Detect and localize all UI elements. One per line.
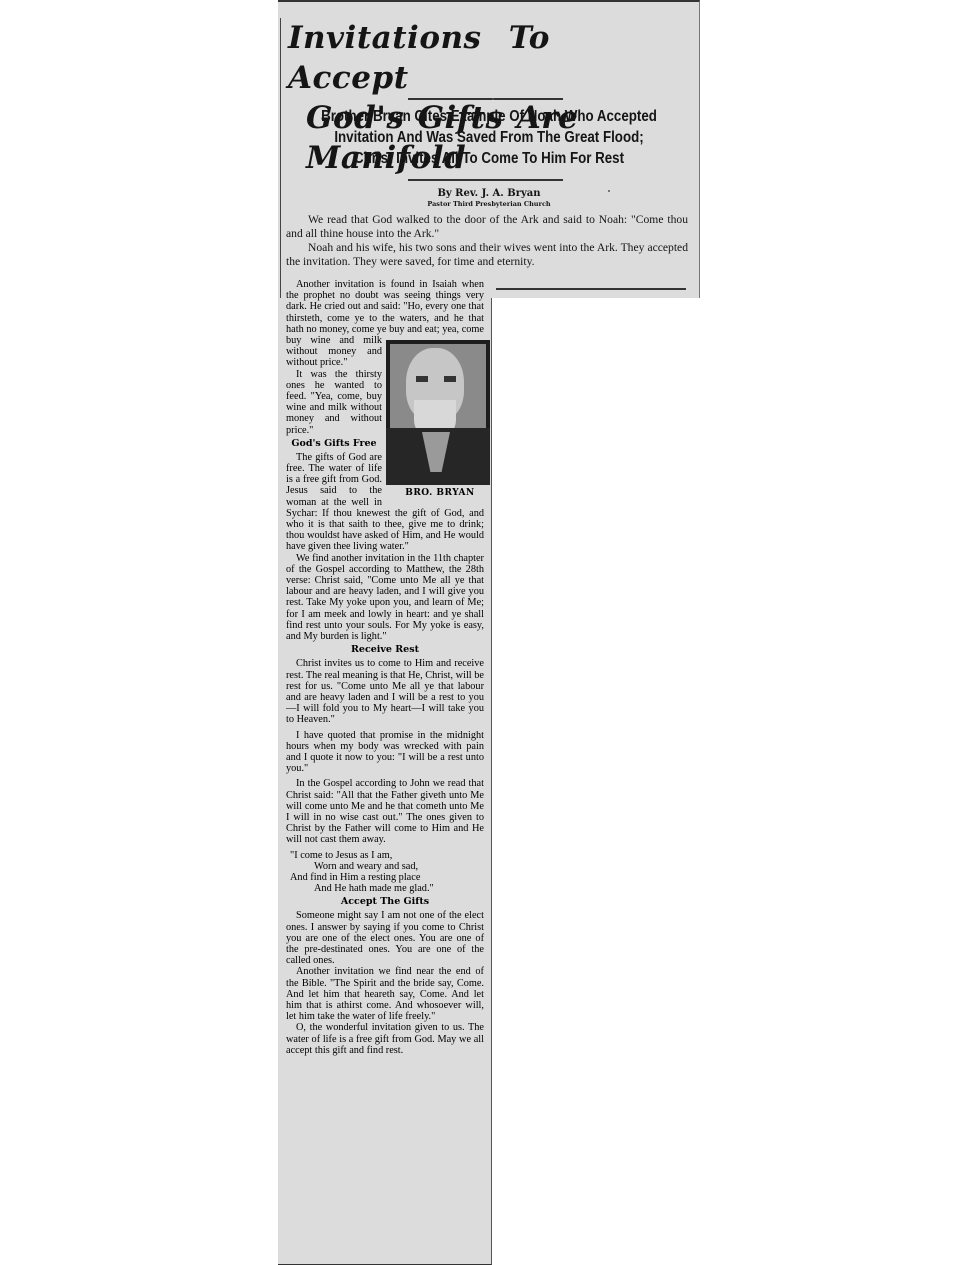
deck-line: Invitation And Was Saved From The Great …	[311, 127, 667, 148]
print-speck	[492, 98, 494, 100]
subhead: Receive Rest	[286, 644, 484, 656]
body-paragraph: It was the thirsty ones he wanted to fee…	[286, 369, 484, 436]
deck-rule	[408, 179, 563, 181]
body-paragraph: We find another invitation in the 11th c…	[286, 553, 484, 643]
body-paragraph: In the Gospel according to John we read …	[286, 778, 484, 845]
lead-text: We read that God walked to the door of t…	[286, 213, 688, 269]
deck-line: Christ Invites All To Come To Him For Re…	[311, 148, 667, 169]
body-paragraph: Another invitation we find near the end …	[286, 966, 484, 1022]
body-paragraph: The gifts of God are free. The water of …	[286, 452, 484, 553]
body-paragraph: Christ invites us to come to Him and rec…	[286, 658, 484, 725]
body-paragraph: I have quoted that promise in the midnig…	[286, 730, 484, 775]
headline-rule	[408, 98, 563, 100]
lead-paragraph: Noah and his wife, his two sons and thei…	[286, 241, 688, 269]
byline: By Rev. J. A. Bryan Pastor Third Presbyt…	[278, 188, 700, 208]
byline-title: Pastor Third Presbyterian Church	[278, 200, 700, 208]
body-paragraph: O, the wonderful invitation given to us.…	[286, 1022, 484, 1056]
lead-paragraph: We read that God walked to the door of t…	[286, 213, 688, 241]
subhead: Accept The Gifts	[286, 896, 484, 908]
verse-line: And He hath made me glad."	[286, 883, 484, 894]
verse-line: Worn and weary and sad,	[286, 861, 484, 872]
byline-author: By Rev. J. A. Bryan	[437, 188, 540, 199]
body-text: Another invitation is found in Isaiah wh…	[286, 279, 484, 1056]
headline-line-1: Invitations To Accept	[286, 18, 696, 98]
body-paragraph: Someone might say I am not one of the el…	[286, 910, 484, 966]
deck-line: Brother Bryan Cites Example Of Noah Who …	[311, 106, 667, 127]
section-rule	[496, 288, 686, 290]
print-speck	[608, 190, 610, 192]
article-header-block: Invitations To Accept God's Gifts Are Ma…	[278, 0, 700, 298]
body-paragraph: Another invitation is found in Isaiah wh…	[286, 279, 484, 369]
verse-line: "I come to Jesus as I am,	[286, 850, 484, 861]
body-text-layer: Another invitation is found in Isaiah wh…	[286, 279, 484, 1056]
subheadline-deck: Brother Bryan Cites Example Of Noah Who …	[311, 106, 667, 169]
poem-verse: "I come to Jesus as I am, Worn and weary…	[286, 850, 484, 895]
verse-line: And find in Him a resting place	[286, 872, 484, 883]
subhead: God's Gifts Free	[286, 438, 484, 450]
